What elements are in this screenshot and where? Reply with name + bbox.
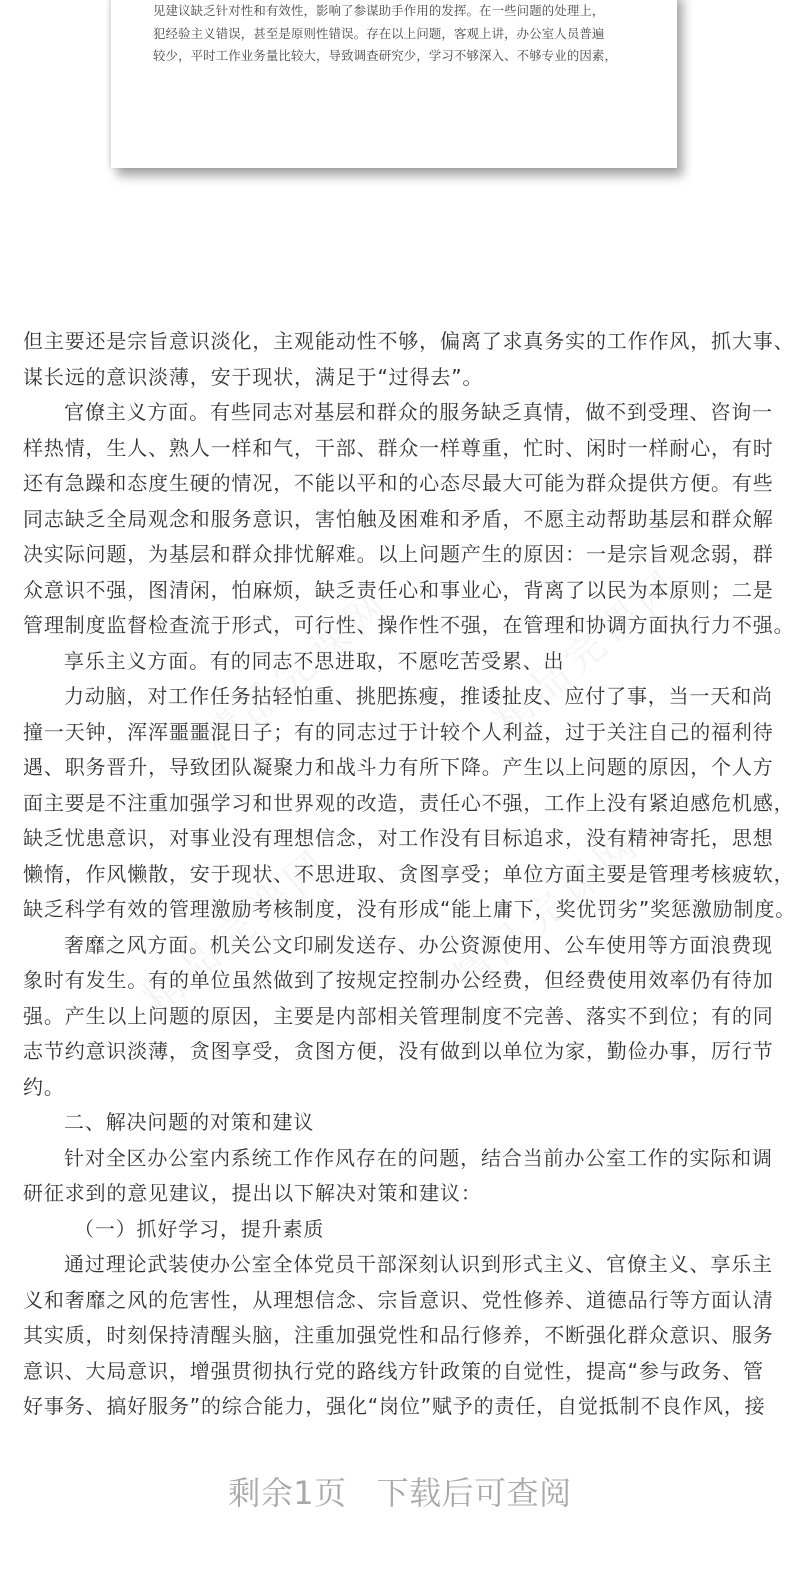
doc-line: 但主要还是宗旨意识淡化，主观能动性不够，偏离了求真务实的工作作风，抓大事、 xyxy=(23,324,793,360)
download-hint-label: 下载后可查阅 xyxy=(377,1474,572,1512)
doc-line: 管理制度监督检查流于形式，可行性、操作性不强，在管理和协调方面执行力不强。 xyxy=(23,608,793,644)
remaining-pages-label: 剩余1页 xyxy=(228,1474,346,1512)
paragraph-start-bureaucracy: 官僚主义方面。有些同志对基层和群众的服务缺乏真情，做不到受理、咨询一 xyxy=(23,395,793,431)
doc-line: 众意识不强，图清闲，怕麻烦，缺乏责任心和事业心，背离了以民为本原则；二是 xyxy=(23,573,793,609)
doc-line: 约。 xyxy=(23,1070,793,1106)
download-to-read-prompt[interactable]: 剩余1页下载后可查阅 xyxy=(0,1468,800,1514)
doc-line: 懒惰，作风懒散，安于现状、不思进取、贪图享受；单位方面主要是管理考核疲软， xyxy=(23,857,793,893)
doc-line: 强。产生以上问题的原因，主要是内部相关管理制度不完善、落实不到位；有的同 xyxy=(23,999,793,1035)
paragraph-start-intro: 针对全区办公室内系统工作作风存在的问题，结合当前办公室工作的实际和调 xyxy=(23,1141,793,1177)
preview-line: 见建议缺乏针对性和有效性，影响了参谋助手作用的发挥。在一些问题的处理上， xyxy=(153,0,653,23)
doc-line: 同志缺乏全局观念和服务意识，害怕触及困难和矛盾，不愿主动帮助基层和群众解 xyxy=(23,502,793,538)
doc-line: 义和奢靡之风的危害性，从理想信念、宗旨意识、党性修养、道德品行等方面认清 xyxy=(23,1283,793,1319)
doc-line: 决实际问题，为基层和群众排忧解难。以上问题产生的原因：一是宗旨观念弱，群 xyxy=(23,537,793,573)
doc-line: 谋长远的意识淡薄，安于现状，满足于“过得去”。 xyxy=(23,360,793,396)
preview-line: 犯经验主义错误，甚至是原则性错误。存在以上问题，客观上讲，办公室人员普遍 xyxy=(153,23,653,46)
preview-line: 较少，平时工作业务量比较大，导致调查研究少，学习不够深入、不够专业的因素， xyxy=(153,45,653,68)
section-heading: 二、解决问题的对策和建议 xyxy=(23,1105,793,1141)
page-preview-card: 见建议缺乏针对性和有效性，影响了参谋助手作用的发挥。在一些问题的处理上， 犯经验… xyxy=(111,0,677,168)
doc-line: 象时有发生。有的单位虽然做到了按规定控制办公经费，但经费使用效率仍有待加 xyxy=(23,963,793,999)
paragraph-start-extravagance: 奢靡之风方面。机关公文印刷发送存、办公资源使用、公车使用等方面浪费现 xyxy=(23,928,793,964)
doc-line: 遇、职务晋升，导致团队凝聚力和战斗力有所下降。产生以上问题的原因，个人方 xyxy=(23,750,793,786)
doc-line: 缺乏忧患意识，对事业没有理想信念，对工作没有目标追求，没有精神寄托，思想 xyxy=(23,821,793,857)
doc-line: 面主要是不注重加强学习和世界观的改造，责任心不强，工作上没有紧迫感危机感， xyxy=(23,786,793,822)
doc-line: 撞一天钟，浑浑噩噩混日子；有的同志过于计较个人利益，过于关注自己的福利待 xyxy=(23,715,793,751)
paragraph-start-study: 通过理论武装使办公室全体党员干部深刻认识到形式主义、官僚主义、享乐主 xyxy=(23,1247,793,1283)
doc-line: 缺乏科学有效的管理激励考核制度，没有形成“能上庸下，奖优罚劣”奖惩激励制度。 xyxy=(23,892,793,928)
doc-line: 好事务、搞好服务”的综合能力，强化“岗位”赋予的责任，自觉抵制不良作风，接 xyxy=(23,1389,793,1425)
subsection-heading: （一）抓好学习，提升素质 xyxy=(23,1212,793,1248)
preview-text: 见建议缺乏针对性和有效性，影响了参谋助手作用的发挥。在一些问题的处理上， 犯经验… xyxy=(153,0,653,68)
doc-line: 志节约意识淡薄，贪图享受，贪图方便，没有做到以单位为家，勤俭办事，厉行节 xyxy=(23,1034,793,1070)
paragraph-start-hedonism: 享乐主义方面。有的同志不思进取，不愿吃苦受累、出 xyxy=(23,644,793,680)
doc-line: 样热情，生人、熟人一样和气，干部、群众一样尊重，忙时、闲时一样耐心，有时 xyxy=(23,431,793,467)
doc-line: 其实质，时刻保持清醒头脑，注重加强党性和品行修养，不断强化群众意识、服务 xyxy=(23,1318,793,1354)
document-body: 但主要还是宗旨意识淡化，主观能动性不够，偏离了求真务实的工作作风，抓大事、 谋长… xyxy=(23,324,793,1425)
doc-line: 力动脑，对工作任务拈轻怕重、挑肥拣瘦，推诿扯皮、应付了事，当一天和尚 xyxy=(23,679,793,715)
doc-line: 研征求到的意见建议，提出以下解决对策和建议： xyxy=(23,1176,793,1212)
doc-line: 意识、大局意识，增强贯彻执行党的路线方针政策的自觉性，提高“参与政务、管 xyxy=(23,1354,793,1390)
doc-line: 还有急躁和态度生硬的情况，不能以平和的心态尽最大可能为群众提供方便。有些 xyxy=(23,466,793,502)
